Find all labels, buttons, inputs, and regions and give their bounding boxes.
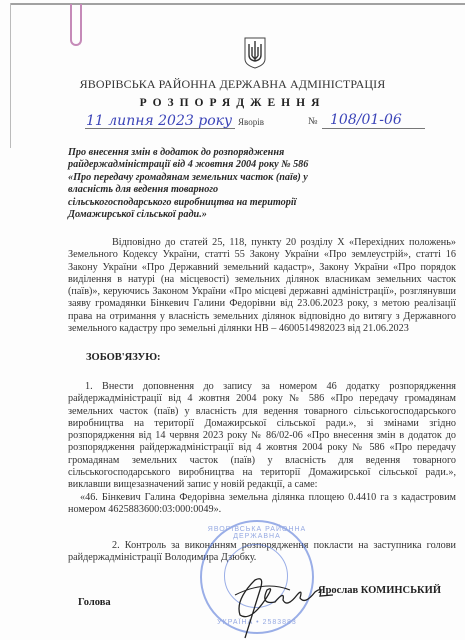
date-underline [85, 128, 235, 129]
document-type: РОЗПОРЯДЖЕННЯ [0, 97, 465, 109]
handwritten-date: 11 липня 2023 року [86, 113, 232, 129]
item-1: 1. Внести доповнення до запису за номеро… [68, 381, 456, 516]
item-1-quote: «46. Бінкевич Галина Федорівна земельна … [68, 492, 456, 517]
item-1-text: 1. Внести доповнення до запису за номеро… [68, 381, 456, 492]
title-line: Про внесення змін в додаток до розпорядж… [68, 147, 328, 159]
place: Яворів [238, 117, 264, 127]
number-sign: № [308, 116, 318, 127]
title-line: власність для ведення товарного [68, 184, 328, 196]
trident-icon [244, 37, 266, 69]
document-title: Про внесення змін в додаток до розпорядж… [68, 147, 328, 221]
preamble-text: Відповідно до статей 25, 118, пункту 20 … [68, 237, 456, 335]
title-line: райдержадміністрації від 4 жовтня 2004 р… [68, 159, 328, 171]
signatory-name: Ярослав КОМИНСЬКИЙ [318, 585, 441, 596]
organization-name: ЯВОРІВСЬКА РАЙОННА ДЕРЖАВНА АДМІНІСТРАЦІ… [0, 77, 465, 92]
page-left-edge [10, 3, 11, 148]
signatory-position: Голова [78, 597, 111, 608]
signature-icon [205, 560, 335, 640]
title-line: сільськогосподарського виробництва на те… [68, 197, 328, 209]
resolve-heading: ЗОБОВ'ЯЗУЮ: [86, 352, 161, 363]
stamp-top-text: ЯВОРІВСЬКА РАЙОННА ДЕРЖАВНА [202, 526, 312, 540]
title-line: Домажирської сільської ради.» [68, 209, 328, 221]
preamble: Відповідно до статей 25, 118, пункту 20 … [68, 237, 456, 335]
document-page: ЯВОРІВСЬКА РАЙОННА ДЕРЖАВНА АДМІНІСТРАЦІ… [0, 0, 465, 640]
title-line: «Про передачу громадянам земельних часто… [68, 172, 328, 184]
paper-clip-icon [70, 4, 82, 46]
handwritten-number: 108/01-06 [330, 112, 402, 128]
number-underline [322, 128, 425, 129]
